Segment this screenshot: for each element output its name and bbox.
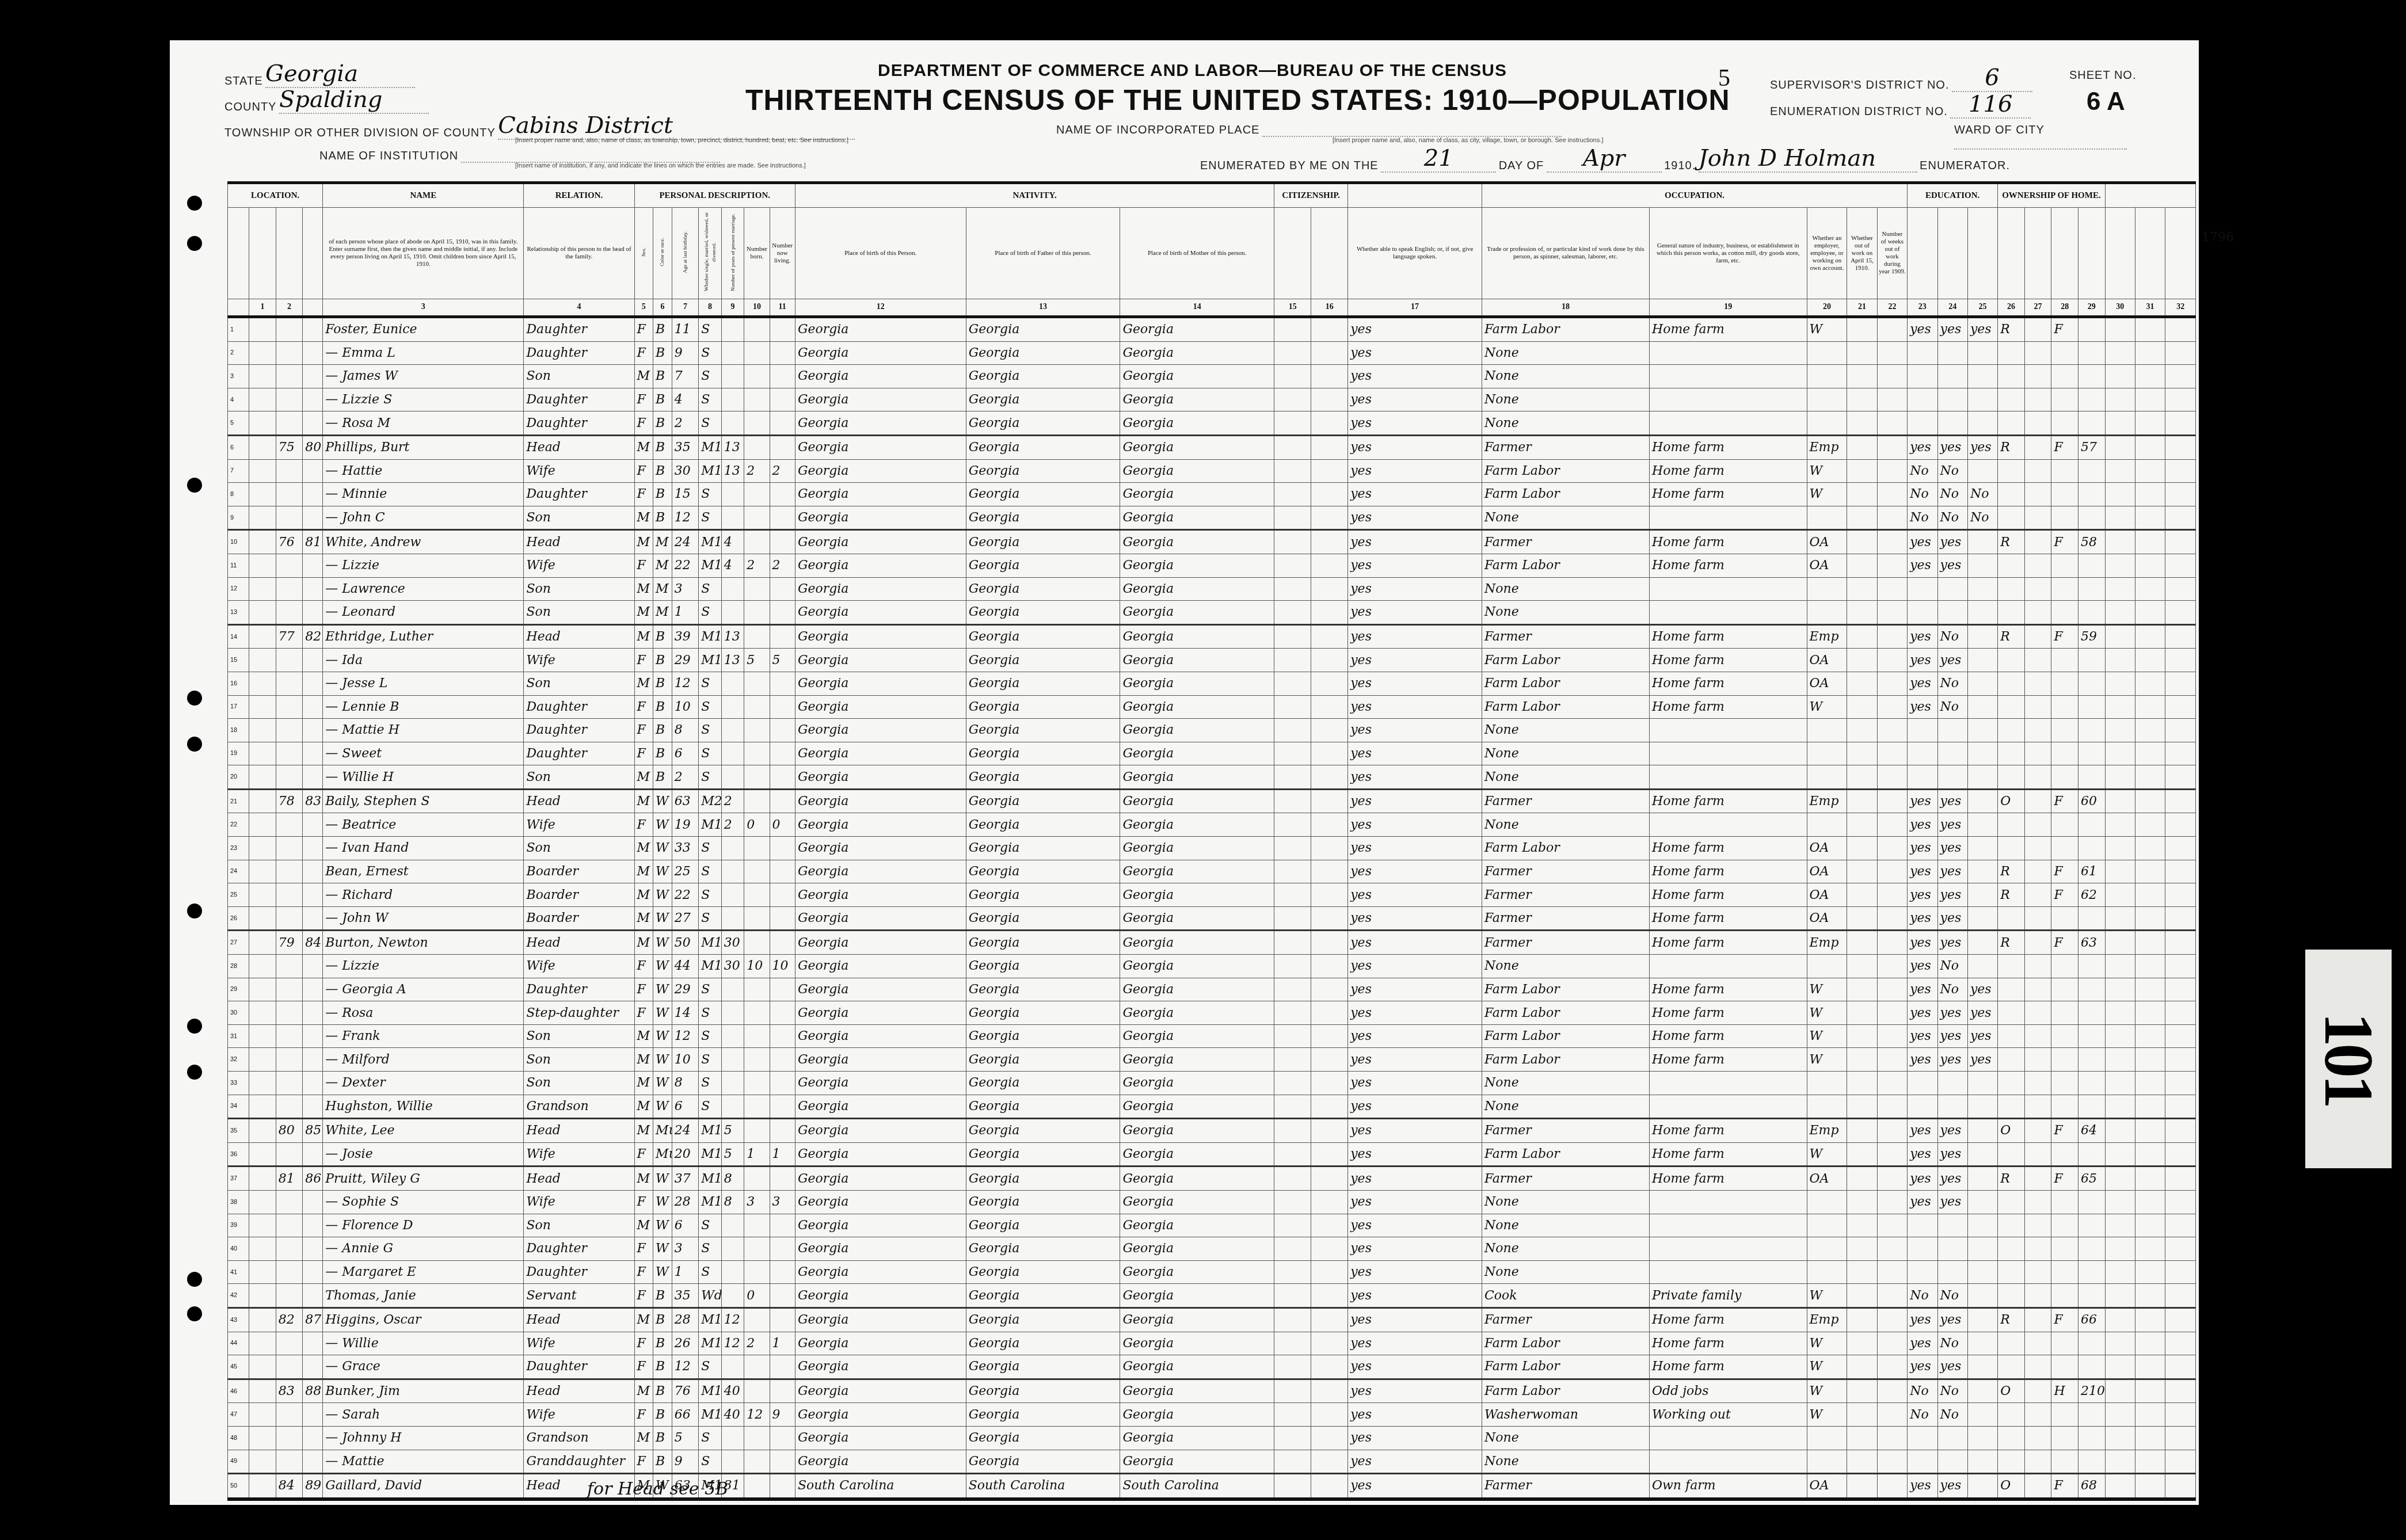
cell-trade: Farm Labor bbox=[1482, 317, 1649, 342]
cell-born: 10 bbox=[744, 955, 770, 978]
cell-empty bbox=[1877, 365, 1907, 388]
cell-sched bbox=[2078, 1237, 2105, 1261]
punch-hole bbox=[187, 236, 202, 251]
cell-trade: None bbox=[1482, 1260, 1649, 1284]
cell-empty bbox=[2024, 860, 2051, 883]
cell-empty bbox=[2135, 883, 2165, 907]
cell-school bbox=[1967, 955, 1997, 978]
enumerated-month: Apr bbox=[1547, 145, 1662, 173]
cell-bpm: Georgia bbox=[1120, 459, 1274, 483]
cell-class bbox=[1807, 742, 1847, 765]
cell-own bbox=[1998, 1095, 2025, 1119]
cell-relation: Son bbox=[524, 365, 634, 388]
cell-class: W bbox=[1807, 1332, 1847, 1355]
cell-bp: Georgia bbox=[795, 883, 966, 907]
cell-sched bbox=[2078, 1048, 2105, 1072]
cell-yrs bbox=[721, 601, 744, 625]
sheet-number-field: Sheet No. bbox=[2069, 69, 2136, 82]
cell-empty bbox=[2165, 317, 2196, 342]
cell-own: R bbox=[1998, 1308, 2025, 1332]
cell-farm bbox=[2051, 411, 2078, 436]
cell-empty bbox=[1311, 601, 1348, 625]
cell-own bbox=[1998, 1024, 2025, 1048]
cell-own bbox=[1998, 365, 2025, 388]
cell-empty bbox=[2135, 1048, 2165, 1072]
cell-relation: Head bbox=[524, 1119, 634, 1143]
cell-yrs bbox=[721, 1024, 744, 1048]
cell-empty bbox=[2024, 883, 2051, 907]
table-row: 31— FrankSonMW12SGeorgiaGeorgiaGeorgiaye… bbox=[228, 1024, 2196, 1048]
cell-race: B bbox=[653, 1426, 672, 1450]
cell-dwelling bbox=[276, 554, 303, 577]
cell-farm bbox=[2051, 1001, 2078, 1025]
cell-bpf: Georgia bbox=[966, 955, 1120, 978]
cell-sex: F bbox=[634, 459, 653, 483]
cell-farm: F bbox=[2051, 931, 2078, 955]
cell-empty bbox=[1311, 365, 1348, 388]
cell-empty bbox=[2105, 1260, 2135, 1284]
cell-living: 10 bbox=[770, 955, 795, 978]
punch-hole bbox=[187, 1272, 202, 1287]
cell-relation: Daughter bbox=[524, 1260, 634, 1284]
cell-own bbox=[1998, 719, 2025, 742]
cell-yrs bbox=[721, 1095, 744, 1119]
cell-bpf: Georgia bbox=[966, 1355, 1120, 1379]
cell-marital: M1 bbox=[699, 624, 722, 649]
cell-school: yes bbox=[1967, 435, 1997, 459]
cell-born bbox=[744, 435, 770, 459]
cell-empty bbox=[1877, 341, 1907, 365]
cell-marital: S bbox=[699, 1024, 722, 1048]
cell-empty bbox=[1877, 435, 1907, 459]
cell-empty bbox=[2165, 624, 2196, 649]
table-row: 8— MinnieDaughterFB15SGeorgiaGeorgiaGeor… bbox=[228, 483, 2196, 506]
cell-eng: yes bbox=[1348, 1190, 1482, 1214]
cell-read: yes bbox=[1908, 931, 1937, 955]
cell-relation: Daughter bbox=[524, 411, 634, 436]
cell-born bbox=[744, 1095, 770, 1119]
cell-class: OA bbox=[1807, 1167, 1847, 1191]
cell-dwelling: 75 bbox=[276, 435, 303, 459]
ward-label: Ward of city bbox=[1954, 124, 2045, 136]
table-row: 45— GraceDaughterFB12SGeorgiaGeorgiaGeor… bbox=[228, 1355, 2196, 1379]
cell-family: 87 bbox=[303, 1308, 323, 1332]
cell-family bbox=[303, 577, 323, 601]
cell-school bbox=[1967, 601, 1997, 625]
cell-race: W bbox=[653, 837, 672, 860]
cell-read bbox=[1908, 601, 1937, 625]
cell-yrs: 12 bbox=[721, 1308, 744, 1332]
cell-industry: Home farm bbox=[1649, 649, 1807, 672]
cell-bpf: Georgia bbox=[966, 411, 1120, 436]
cell-sched bbox=[2078, 1190, 2105, 1214]
cell-name: — Sweet bbox=[323, 742, 524, 765]
cell-eng: yes bbox=[1348, 341, 1482, 365]
cell-family bbox=[303, 483, 323, 506]
cell-empty bbox=[1311, 837, 1348, 860]
cell-write: No bbox=[1937, 1379, 1967, 1403]
table-row: 358085White, LeeHeadMMu24M15GeorgiaGeorg… bbox=[228, 1119, 2196, 1143]
cell-marital: M1 bbox=[699, 1379, 722, 1403]
cell-yrs bbox=[721, 719, 744, 742]
cell-bp: Georgia bbox=[795, 365, 966, 388]
cell-farm bbox=[2051, 506, 2078, 530]
cell-dwelling bbox=[276, 1284, 303, 1308]
cell-write: yes bbox=[1937, 789, 1967, 813]
group-misc bbox=[2105, 183, 2195, 208]
cell-empty bbox=[2105, 955, 2135, 978]
cell-marital: S bbox=[699, 601, 722, 625]
cell-line: 23 bbox=[228, 837, 249, 860]
cell-bpf: Georgia bbox=[966, 1284, 1120, 1308]
cell-sched bbox=[2078, 765, 2105, 790]
cell-bpf: Georgia bbox=[966, 388, 1120, 411]
cell-name: — John C bbox=[323, 506, 524, 530]
cell-empty bbox=[2135, 506, 2165, 530]
cell-age: 29 bbox=[672, 978, 699, 1001]
cell-empty bbox=[1847, 1119, 1877, 1143]
cell-empty bbox=[2135, 695, 2165, 719]
cell-school: yes bbox=[1967, 978, 1997, 1001]
cell-dwelling: 79 bbox=[276, 931, 303, 955]
cell-name: — Georgia A bbox=[323, 978, 524, 1001]
cell-trade: Farm Labor bbox=[1482, 1001, 1649, 1025]
cell-marital: S bbox=[699, 317, 722, 342]
cell-empty bbox=[1877, 789, 1907, 813]
cell-line: 14 bbox=[228, 624, 249, 649]
cell-trade: None bbox=[1482, 577, 1649, 601]
cell-sex: M bbox=[634, 789, 653, 813]
cell-farm bbox=[2051, 1355, 2078, 1379]
cell-family bbox=[303, 1237, 323, 1261]
cell-empty bbox=[1274, 649, 1311, 672]
cell-race: B bbox=[653, 483, 672, 506]
cell-marital: S bbox=[699, 1260, 722, 1284]
cell-empty bbox=[1847, 1048, 1877, 1072]
cell-farm: F bbox=[2051, 530, 2078, 554]
cell-dwelling bbox=[276, 837, 303, 860]
cell-yrs bbox=[721, 742, 744, 765]
cell-empty bbox=[1877, 695, 1907, 719]
cell-relation: Head bbox=[524, 1308, 634, 1332]
col-dwelling-number bbox=[276, 208, 303, 299]
cell-line: 26 bbox=[228, 906, 249, 931]
cell-sex: M bbox=[634, 1426, 653, 1450]
cell-race: B bbox=[653, 742, 672, 765]
enumerated-day: 21 bbox=[1381, 145, 1496, 173]
col-name-desc: of each person whose place of abode on A… bbox=[323, 208, 524, 299]
table-row: 1Foster, EuniceDaughterFB11SGeorgiaGeorg… bbox=[228, 317, 2196, 342]
cell-empty bbox=[1877, 1426, 1907, 1450]
cell-sex: F bbox=[634, 1260, 653, 1284]
cell-living bbox=[770, 765, 795, 790]
cell-farm bbox=[2051, 1237, 2078, 1261]
cell-race: B bbox=[653, 672, 672, 695]
cell-trade: Farmer bbox=[1482, 624, 1649, 649]
col-immigration-year bbox=[1274, 208, 1311, 299]
cell-sex: F bbox=[634, 649, 653, 672]
cell-own: R bbox=[1998, 624, 2025, 649]
cell-empty bbox=[2165, 765, 2196, 790]
table-row: 12— LawrenceSonMM3SGeorgiaGeorgiaGeorgia… bbox=[228, 577, 2196, 601]
cell-empty bbox=[2024, 601, 2051, 625]
cell-living bbox=[770, 1260, 795, 1284]
cell-empty bbox=[2135, 1308, 2165, 1332]
cell-bpf: Georgia bbox=[966, 506, 1120, 530]
cell-dwelling: 81 bbox=[276, 1167, 303, 1191]
cell-family bbox=[303, 955, 323, 978]
cell-marital: M2 bbox=[699, 789, 722, 813]
cell-family bbox=[303, 317, 323, 342]
cell-yrs: 4 bbox=[721, 530, 744, 554]
cell-class bbox=[1807, 1426, 1847, 1450]
cell-empty bbox=[2135, 1190, 2165, 1214]
cell-school bbox=[1967, 883, 1997, 907]
cell-line: 18 bbox=[228, 719, 249, 742]
cell-age: 12 bbox=[672, 506, 699, 530]
cell-yrs bbox=[721, 1237, 744, 1261]
cell-industry bbox=[1649, 1426, 1807, 1450]
cell-yrs: 2 bbox=[721, 789, 744, 813]
col-read bbox=[1908, 208, 1937, 299]
cell-empty bbox=[1877, 1308, 1907, 1332]
cell-sex: M bbox=[634, 860, 653, 883]
cell-empty bbox=[2165, 1167, 2196, 1191]
cell-empty bbox=[2105, 1379, 2135, 1403]
cell-trade: Washerwoman bbox=[1482, 1403, 1649, 1427]
cell-eng: yes bbox=[1348, 649, 1482, 672]
cell-born bbox=[744, 1450, 770, 1474]
cell-empty bbox=[1847, 649, 1877, 672]
cell-bpf: Georgia bbox=[966, 435, 1120, 459]
cell-empty bbox=[1311, 1001, 1348, 1025]
cell-empty bbox=[2135, 1355, 2165, 1379]
cell-industry: Home farm bbox=[1649, 860, 1807, 883]
cell-read: yes bbox=[1908, 1190, 1937, 1214]
cell-empty bbox=[2105, 1167, 2135, 1191]
cell-age: 25 bbox=[672, 860, 699, 883]
cell-trade: None bbox=[1482, 1214, 1649, 1237]
cell-write: yes bbox=[1937, 435, 1967, 459]
cell-school bbox=[1967, 459, 1997, 483]
cell-trade: Farm Labor bbox=[1482, 1024, 1649, 1048]
cell-empty bbox=[1847, 459, 1877, 483]
cell-industry bbox=[1649, 577, 1807, 601]
cell-industry bbox=[1649, 388, 1807, 411]
cell-empty bbox=[1877, 1403, 1907, 1427]
cell-bpm: Georgia bbox=[1120, 1426, 1274, 1450]
cell-race: B bbox=[653, 459, 672, 483]
cell-sex: M bbox=[634, 765, 653, 790]
cell-eng: yes bbox=[1348, 435, 1482, 459]
cell-family bbox=[303, 1403, 323, 1427]
cell-relation: Son bbox=[524, 1048, 634, 1072]
cell-bpm: Georgia bbox=[1120, 1355, 1274, 1379]
cell-class bbox=[1807, 601, 1847, 625]
cell-industry bbox=[1649, 365, 1807, 388]
cell-own bbox=[1998, 1355, 2025, 1379]
cell-trade: None bbox=[1482, 365, 1649, 388]
cell-empty bbox=[1274, 1024, 1311, 1048]
cell-write: yes bbox=[1937, 906, 1967, 931]
cell-empty bbox=[1877, 978, 1907, 1001]
cell-industry: Home farm bbox=[1649, 1001, 1807, 1025]
cell-age: 15 bbox=[672, 483, 699, 506]
cell-empty bbox=[2105, 459, 2135, 483]
cell-industry: Home farm bbox=[1649, 554, 1807, 577]
column-number: 6 bbox=[653, 299, 672, 317]
cell-line: 28 bbox=[228, 955, 249, 978]
cell-empty bbox=[249, 765, 276, 790]
cell-empty bbox=[2105, 837, 2135, 860]
cell-empty bbox=[1311, 1379, 1348, 1403]
cell-living bbox=[770, 506, 795, 530]
cell-farm bbox=[2051, 1142, 2078, 1167]
cell-living: 5 bbox=[770, 649, 795, 672]
cell-empty bbox=[2135, 1119, 2165, 1143]
cell-trade: None bbox=[1482, 388, 1649, 411]
cell-empty bbox=[1274, 1001, 1311, 1025]
cell-empty bbox=[1311, 1450, 1348, 1474]
cell-empty bbox=[2024, 1167, 2051, 1191]
group-citizenship: CITIZENSHIP. bbox=[1274, 183, 1348, 208]
cell-empty bbox=[1274, 459, 1311, 483]
column-number: 2 bbox=[276, 299, 303, 317]
cell-industry bbox=[1649, 411, 1807, 436]
cell-marital: Wd bbox=[699, 1284, 722, 1308]
state-label: State bbox=[224, 75, 262, 87]
cell-empty bbox=[2165, 506, 2196, 530]
cell-sched bbox=[2078, 1355, 2105, 1379]
cell-write: yes bbox=[1937, 1190, 1967, 1214]
table-row: 36— JosieWifeFMu20M1511GeorgiaGeorgiaGeo… bbox=[228, 1142, 2196, 1167]
cell-empty bbox=[2135, 906, 2165, 931]
cell-write: yes bbox=[1937, 1308, 1967, 1332]
cell-bpf: Georgia bbox=[966, 1048, 1120, 1072]
cell-age: 76 bbox=[672, 1379, 699, 1403]
census-rows: 1Foster, EuniceDaughterFB11SGeorgiaGeorg… bbox=[228, 317, 2196, 1499]
enumerator-name: John D Holman bbox=[1699, 145, 1917, 173]
cell-farm: F bbox=[2051, 1119, 2078, 1143]
cell-relation: Head bbox=[524, 1379, 634, 1403]
cell-dwelling: 80 bbox=[276, 1119, 303, 1143]
column-number: 28 bbox=[2051, 299, 2078, 317]
cell-line: 30 bbox=[228, 1001, 249, 1025]
cell-empty bbox=[249, 649, 276, 672]
cell-bp: Georgia bbox=[795, 1190, 966, 1214]
cell-living bbox=[770, 1095, 795, 1119]
cell-school bbox=[1967, 530, 1997, 554]
cell-yrs bbox=[721, 341, 744, 365]
cell-empty bbox=[2135, 955, 2165, 978]
state-field: State Georgia bbox=[224, 60, 415, 88]
cell-empty bbox=[2135, 554, 2165, 577]
cell-empty bbox=[1311, 955, 1348, 978]
cell-class: Emp bbox=[1807, 1308, 1847, 1332]
cell-dwelling: 77 bbox=[276, 624, 303, 649]
cell-family bbox=[303, 1355, 323, 1379]
cell-empty bbox=[1311, 317, 1348, 342]
cell-read bbox=[1908, 411, 1937, 436]
cell-empty bbox=[249, 1284, 276, 1308]
cell-class: W bbox=[1807, 317, 1847, 342]
cell-empty bbox=[1877, 1142, 1907, 1167]
cell-empty bbox=[2135, 1001, 2165, 1025]
cell-marital: S bbox=[699, 672, 722, 695]
cell-bpf: Georgia bbox=[966, 1403, 1120, 1427]
institution-field: Name of institution bbox=[319, 150, 720, 163]
cell-empty bbox=[1274, 1308, 1311, 1332]
cell-trade: Farmer bbox=[1482, 860, 1649, 883]
cell-class bbox=[1807, 1237, 1847, 1261]
cell-line: 31 bbox=[228, 1024, 249, 1048]
cell-empty bbox=[1274, 483, 1311, 506]
cell-empty bbox=[1311, 1403, 1348, 1427]
cell-write bbox=[1937, 341, 1967, 365]
cell-marital: M1 bbox=[699, 1142, 722, 1167]
cell-living bbox=[770, 978, 795, 1001]
cell-dwelling: 76 bbox=[276, 530, 303, 554]
cell-living bbox=[770, 906, 795, 931]
cell-bp: Georgia bbox=[795, 1450, 966, 1474]
col-years-married: Number of years of present marriage. bbox=[729, 214, 737, 291]
cell-yrs bbox=[721, 883, 744, 907]
cell-empty bbox=[1847, 906, 1877, 931]
cell-bpm: Georgia bbox=[1120, 672, 1274, 695]
cell-eng: yes bbox=[1348, 1024, 1482, 1048]
cell-marital: S bbox=[699, 411, 722, 436]
cell-born: 0 bbox=[744, 1284, 770, 1308]
cell-sched bbox=[2078, 1426, 2105, 1450]
cell-yrs: 30 bbox=[721, 955, 744, 978]
cell-read: yes bbox=[1908, 649, 1937, 672]
cell-trade: None bbox=[1482, 411, 1649, 436]
cell-class: W bbox=[1807, 1379, 1847, 1403]
cell-born bbox=[744, 624, 770, 649]
cell-name: — Lawrence bbox=[323, 577, 524, 601]
cell-relation: Grandson bbox=[524, 1426, 634, 1450]
cell-sched bbox=[2078, 1001, 2105, 1025]
cell-eng: yes bbox=[1348, 601, 1482, 625]
cell-read: yes bbox=[1908, 1142, 1937, 1167]
cell-empty bbox=[1877, 388, 1907, 411]
cell-sex: M bbox=[634, 1024, 653, 1048]
cell-write bbox=[1937, 365, 1967, 388]
sheet-number-value: 6 A bbox=[2087, 87, 2125, 116]
cell-empty bbox=[249, 1450, 276, 1474]
cell-empty bbox=[1877, 1260, 1907, 1284]
cell-empty bbox=[2105, 695, 2135, 719]
cell-empty bbox=[2135, 483, 2165, 506]
cell-own bbox=[1998, 1001, 2025, 1025]
cell-empty bbox=[2165, 1308, 2196, 1332]
cell-own bbox=[1998, 388, 2025, 411]
cell-sex: M bbox=[634, 672, 653, 695]
cell-farm bbox=[2051, 1403, 2078, 1427]
cell-relation: Son bbox=[524, 601, 634, 625]
cell-school bbox=[1967, 742, 1997, 765]
cell-sched bbox=[2078, 554, 2105, 577]
cell-empty bbox=[1311, 719, 1348, 742]
cell-family bbox=[303, 365, 323, 388]
cell-sched: 60 bbox=[2078, 789, 2105, 813]
cell-age: 2 bbox=[672, 411, 699, 436]
cell-industry: Home farm bbox=[1649, 1024, 1807, 1048]
cell-read: yes bbox=[1908, 978, 1937, 1001]
cell-school: yes bbox=[1967, 317, 1997, 342]
cell-empty bbox=[249, 577, 276, 601]
cell-eng: yes bbox=[1348, 1450, 1482, 1474]
